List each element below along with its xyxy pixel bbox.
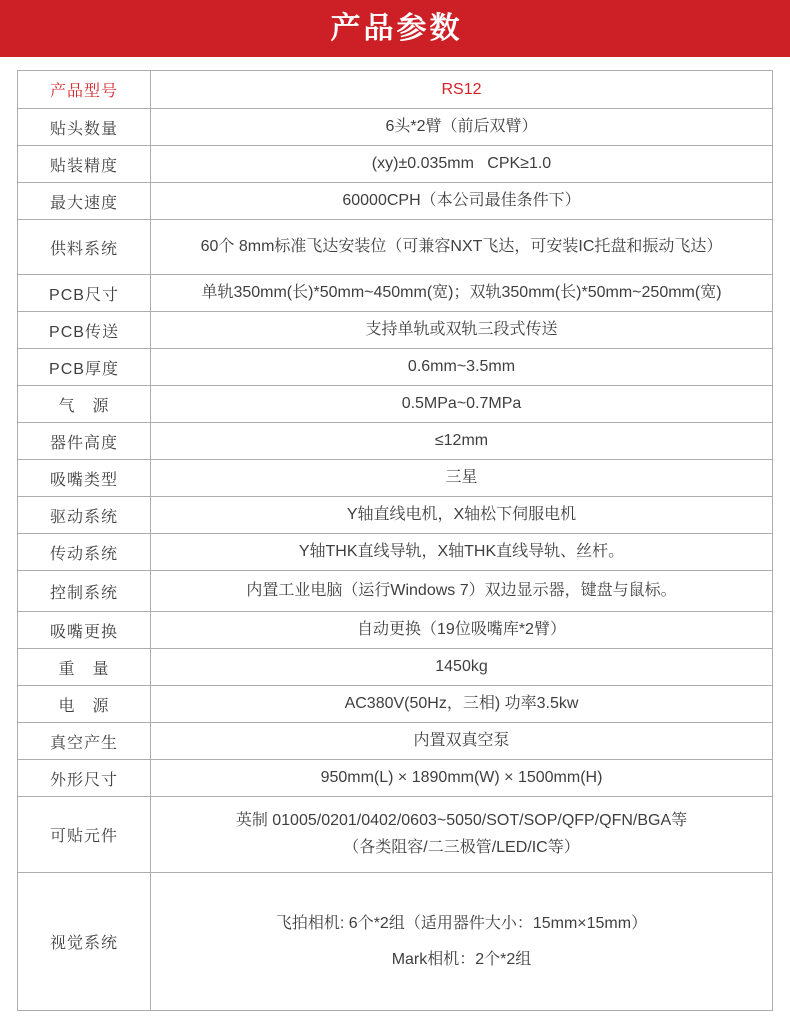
spec-label: PCB厚度 (18, 349, 151, 386)
spec-value-line: 自动更换（19位吸嘴库*2臂） (157, 619, 766, 641)
spec-label: 重 量 (18, 649, 151, 686)
spec-label: 器件高度 (18, 423, 151, 460)
spec-value-line: Y轴直线电机，X轴松下伺服电机 (157, 504, 766, 526)
spec-value-line: 60000CPH（本公司最佳条件下） (157, 190, 766, 212)
row-nozzle-type: 吸嘴类型 三星 (18, 460, 773, 497)
spec-value-line: RS12 (157, 79, 766, 101)
spec-value: RS12 (151, 71, 773, 109)
row-placement-accuracy: 贴装精度 (xy)±0.035mm CPK≥1.0 (18, 146, 773, 183)
spec-value: (xy)±0.035mm CPK≥1.0 (151, 146, 773, 183)
page-header-banner: 产品参数 (0, 0, 790, 57)
spec-value: 英制 01005/0201/0402/0603~5050/SOT/SOP/QFP… (151, 797, 773, 873)
row-product-model: 产品型号 RS12 (18, 71, 773, 109)
spec-value: 飞拍相机: 6个*2组（适用器件大小：15mm×15mm） Mark相机：2个*… (151, 873, 773, 1011)
row-power-supply: 电 源 AC380V(50Hz，三相) 功率3.5kw (18, 686, 773, 723)
spec-label: PCB尺寸 (18, 275, 151, 312)
spec-value: AC380V(50Hz，三相) 功率3.5kw (151, 686, 773, 723)
product-parameters-page: 产品参数 产品型号 RS12 贴头数量 6头*2臂（前后双臂） 贴装精度 (xy… (0, 0, 790, 1026)
row-mountable-components: 可贴元件 英制 01005/0201/0402/0603~5050/SOT/SO… (18, 797, 773, 873)
spec-value-line: 6头*2臂（前后双臂） (157, 116, 766, 138)
spec-value-line: 0.6mm~3.5mm (157, 356, 766, 378)
spec-value-line: 单轨350mm(长)*50mm~450mm(宽)；双轨350mm(长)*50mm… (157, 282, 766, 304)
spec-label: 气 源 (18, 386, 151, 423)
spec-value: Y轴THK直线导轨，X轴THK直线导轨、丝杆。 (151, 534, 773, 571)
row-dimensions: 外形尺寸 950mm(L) × 1890mm(W) × 1500mm(H) (18, 760, 773, 797)
spec-label: 吸嘴更换 (18, 612, 151, 649)
spec-value-line: 英制 01005/0201/0402/0603~5050/SOT/SOP/QFP… (157, 810, 766, 832)
spec-value: ≤12mm (151, 423, 773, 460)
spec-value: 1450kg (151, 649, 773, 686)
spec-value: 内置工业电脑（运行Windows 7）双边显示器，键盘与鼠标。 (151, 571, 773, 612)
row-vision-system: 视觉系统 飞拍相机: 6个*2组（适用器件大小：15mm×15mm） Mark相… (18, 873, 773, 1011)
row-control-system: 控制系统 内置工业电脑（运行Windows 7）双边显示器，键盘与鼠标。 (18, 571, 773, 612)
spec-value-line: (xy)±0.035mm CPK≥1.0 (157, 153, 766, 175)
spec-value-line: 内置工业电脑（运行Windows 7）双边显示器，键盘与鼠标。 (157, 580, 766, 602)
spec-value-line: 60个 8mm标准飞达安装位（可兼容NXT飞达，可安装IC托盘和振动飞达） (157, 236, 766, 258)
spec-value-line: 飞拍相机: 6个*2组（适用器件大小：15mm×15mm） (157, 913, 766, 935)
row-vacuum-generation: 真空产生 内置双真空泵 (18, 723, 773, 760)
spec-value: 内置双真空泵 (151, 723, 773, 760)
spec-value: 0.6mm~3.5mm (151, 349, 773, 386)
spec-value: 单轨350mm(长)*50mm~450mm(宽)；双轨350mm(长)*50mm… (151, 275, 773, 312)
spec-value-line: 1450kg (157, 656, 766, 678)
row-max-speed: 最大速度 60000CPH（本公司最佳条件下） (18, 183, 773, 220)
spec-label: 驱动系统 (18, 497, 151, 534)
spec-value: 支持单轨或双轨三段式传送 (151, 312, 773, 349)
spec-value-line: 三星 (157, 467, 766, 489)
row-air-supply: 气 源 0.5MPa~0.7MPa (18, 386, 773, 423)
spec-label: 外形尺寸 (18, 760, 151, 797)
spec-label: 传动系统 (18, 534, 151, 571)
spec-label: 贴装精度 (18, 146, 151, 183)
row-pcb-size: PCB尺寸 单轨350mm(长)*50mm~450mm(宽)；双轨350mm(长… (18, 275, 773, 312)
row-drive-system: 驱动系统 Y轴直线电机，X轴松下伺服电机 (18, 497, 773, 534)
spec-value: 自动更换（19位吸嘴库*2臂） (151, 612, 773, 649)
spec-label: PCB传送 (18, 312, 151, 349)
spec-value: 三星 (151, 460, 773, 497)
spec-label: 控制系统 (18, 571, 151, 612)
spec-value: Y轴直线电机，X轴松下伺服电机 (151, 497, 773, 534)
spec-value-line: 内置双真空泵 (157, 730, 766, 752)
spec-value-line: ≤12mm (157, 430, 766, 452)
row-component-height: 器件高度 ≤12mm (18, 423, 773, 460)
spec-value: 60个 8mm标准飞达安装位（可兼容NXT飞达，可安装IC托盘和振动飞达） (151, 220, 773, 275)
row-pcb-thickness: PCB厚度 0.6mm~3.5mm (18, 349, 773, 386)
row-feeder-system: 供料系统 60个 8mm标准飞达安装位（可兼容NXT飞达，可安装IC托盘和振动飞… (18, 220, 773, 275)
spec-label: 产品型号 (18, 71, 151, 109)
spec-label: 可贴元件 (18, 797, 151, 873)
row-nozzle-change: 吸嘴更换 自动更换（19位吸嘴库*2臂） (18, 612, 773, 649)
spec-value-line: 950mm(L) × 1890mm(W) × 1500mm(H) (157, 767, 766, 789)
spec-label: 吸嘴类型 (18, 460, 151, 497)
spec-value-line: 0.5MPa~0.7MPa (157, 393, 766, 415)
row-pcb-transfer: PCB传送 支持单轨或双轨三段式传送 (18, 312, 773, 349)
row-head-quantity: 贴头数量 6头*2臂（前后双臂） (18, 109, 773, 146)
spec-value-line: 支持单轨或双轨三段式传送 (157, 319, 766, 341)
spec-value: 6头*2臂（前后双臂） (151, 109, 773, 146)
spec-label: 供料系统 (18, 220, 151, 275)
spec-label: 电 源 (18, 686, 151, 723)
row-weight: 重 量 1450kg (18, 649, 773, 686)
spec-value-line: Y轴THK直线导轨，X轴THK直线导轨、丝杆。 (157, 541, 766, 563)
spec-label: 最大速度 (18, 183, 151, 220)
spec-value: 950mm(L) × 1890mm(W) × 1500mm(H) (151, 760, 773, 797)
page-title: 产品参数 (328, 14, 463, 44)
spec-table: 产品型号 RS12 贴头数量 6头*2臂（前后双臂） 贴装精度 (xy)±0.0… (17, 70, 773, 1011)
spec-label: 真空产生 (18, 723, 151, 760)
spec-value-line: Mark相机：2个*2组 (157, 949, 766, 971)
spec-label: 贴头数量 (18, 109, 151, 146)
row-transmission-system: 传动系统 Y轴THK直线导轨，X轴THK直线导轨、丝杆。 (18, 534, 773, 571)
spec-value-line: （各类阻容/二三极管/LED/IC等） (157, 837, 766, 859)
spec-value: 0.5MPa~0.7MPa (151, 386, 773, 423)
spec-value: 60000CPH（本公司最佳条件下） (151, 183, 773, 220)
spec-label: 视觉系统 (18, 873, 151, 1011)
spec-value-line: AC380V(50Hz，三相) 功率3.5kw (157, 693, 766, 715)
